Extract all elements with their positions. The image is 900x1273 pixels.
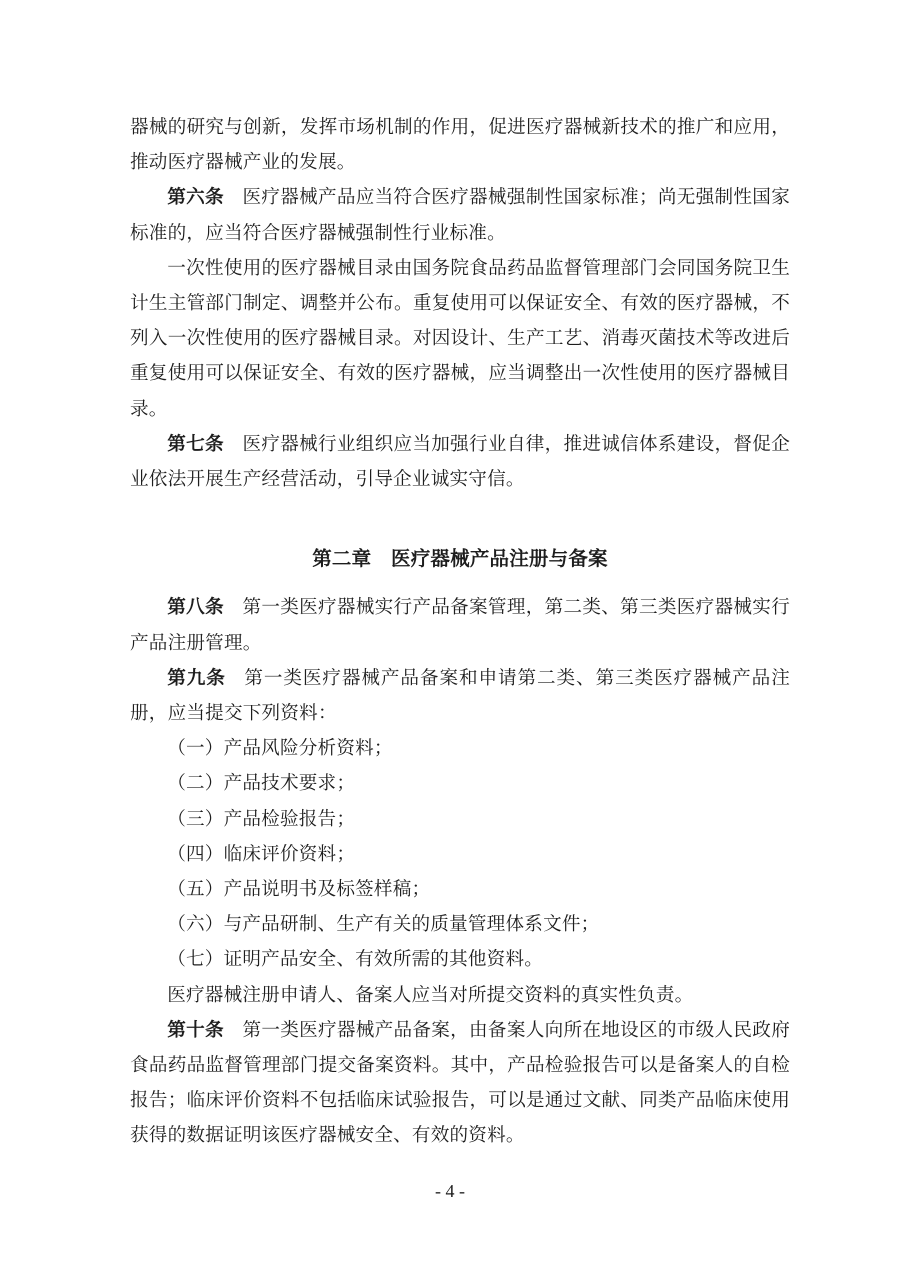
chapter-heading-text: 第二章 医疗器械产品注册与备案 — [312, 549, 608, 570]
list-item: （二）产品技术要求； — [130, 766, 790, 801]
paragraph-text: （六）与产品研制、生产有关的质量管理体系文件； — [167, 914, 599, 935]
list-item: （六）与产品研制、生产有关的质量管理体系文件； — [130, 907, 790, 942]
paragraph-text: 第一类医疗器械实行产品备案管理，第二类、第三类医疗器械实行产品注册管理。 — [130, 597, 790, 653]
list-item: （一）产品风险分析资料； — [130, 731, 790, 766]
paragraph-text: （一）产品风险分析资料； — [167, 738, 393, 759]
paragraph-text: 第一类医疗器械产品备案和申请第二类、第三类医疗器械产品注册，应当提交下列资料： — [130, 668, 790, 724]
paragraph-text: （七）证明产品安全、有效所需的其他资料。 — [167, 949, 543, 970]
paragraph-text: 一次性使用的医疗器械目录由国务院食品药品监督管理部门会同国务院卫生计生主管部门制… — [130, 258, 790, 420]
paragraph-text: （四）临床评价资料； — [167, 844, 355, 865]
paragraph: 第九条第一类医疗器械产品备案和申请第二类、第三类医疗器械产品注册，应当提交下列资… — [130, 661, 790, 731]
paragraph-text: （三）产品检验报告； — [167, 809, 355, 830]
paragraph: 第十条第一类医疗器械产品备案，由备案人向所在地设区的市级人民政府食品药品监督管理… — [130, 1013, 790, 1154]
paragraph: 医疗器械注册申请人、备案人应当对所提交资料的真实性负责。 — [130, 978, 790, 1013]
paragraph-text: 医疗器械行业组织应当加强行业自律，推进诚信体系建设，督促企业依法开展生产经营活动… — [130, 434, 790, 490]
list-item: （七）证明产品安全、有效所需的其他资料。 — [130, 942, 790, 977]
paragraph: 第八条第一类医疗器械实行产品备案管理，第二类、第三类医疗器械实行产品注册管理。 — [130, 590, 790, 660]
article-number: 第八条 — [167, 597, 224, 618]
paragraph-text: 第一类医疗器械产品备案，由备案人向所在地设区的市级人民政府食品药品监督管理部门提… — [130, 1020, 790, 1147]
paragraph-text: 医疗器械产品应当符合医疗器械强制性国家标准；尚无强制性国家标准的，应当符合医疗器… — [130, 187, 790, 243]
paragraph-text: 医疗器械注册申请人、备案人应当对所提交资料的真实性负责。 — [167, 985, 693, 1006]
paragraph: 第七条医疗器械行业组织应当加强行业自律，推进诚信体系建设，督促企业依法开展生产经… — [130, 427, 790, 497]
list-item: （五）产品说明书及标签样稿； — [130, 872, 790, 907]
paragraph-text: （五）产品说明书及标签样稿； — [167, 879, 430, 900]
list-item: （三）产品检验报告； — [130, 802, 790, 837]
article-number: 第十条 — [167, 1020, 224, 1041]
paragraph-text: （二）产品技术要求； — [167, 773, 355, 794]
page-number: - 4 - — [435, 1181, 465, 1201]
paragraph: 器械的研究与创新，发挥市场机制的作用，促进医疗器械新技术的推广和应用，推动医疗器… — [130, 110, 790, 180]
article-number: 第七条 — [167, 434, 224, 455]
paragraph: 一次性使用的医疗器械目录由国务院食品药品监督管理部门会同国务院卫生计生主管部门制… — [130, 251, 790, 427]
page-footer: - 4 - — [0, 1179, 900, 1203]
chapter-heading: 第二章 医疗器械产品注册与备案 — [130, 542, 790, 577]
document-body: 器械的研究与创新，发挥市场机制的作用，促进医疗器械新技术的推广和应用，推动医疗器… — [130, 110, 790, 1154]
article-number: 第六条 — [167, 187, 224, 208]
paragraph-text: 器械的研究与创新，发挥市场机制的作用，促进医疗器械新技术的推广和应用，推动医疗器… — [130, 117, 790, 173]
list-item: （四）临床评价资料； — [130, 837, 790, 872]
document-page: 器械的研究与创新，发挥市场机制的作用，促进医疗器械新技术的推广和应用，推动医疗器… — [0, 0, 900, 1273]
article-number: 第九条 — [167, 668, 226, 689]
paragraph: 第六条医疗器械产品应当符合医疗器械强制性国家标准；尚无强制性国家标准的，应当符合… — [130, 180, 790, 250]
